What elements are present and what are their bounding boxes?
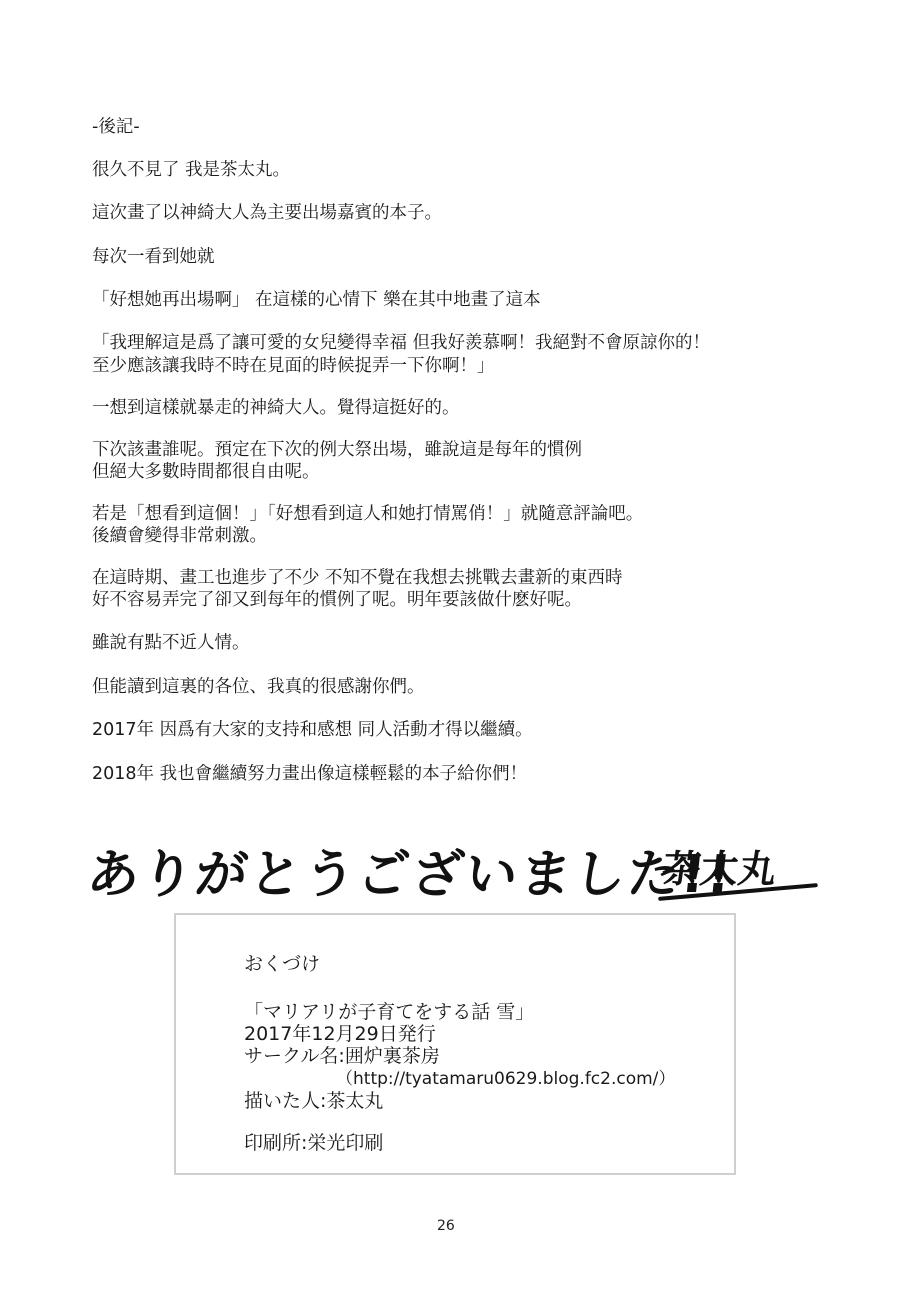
afterword-line: 這次畫了以神綺大人為主要出場嘉賓的本子。 [92, 202, 442, 224]
afterword-line: 後續會變得非常刺激。 [92, 525, 267, 547]
handwritten-thanks: ありがとうございました!! 茶太丸 [88, 828, 828, 908]
colophon-printer: 印刷所:栄光印刷 [244, 1132, 383, 1154]
afterword-title: -後記- [92, 116, 140, 138]
author-signature: 茶太丸 [659, 838, 781, 893]
afterword-line: 雖說有點不近人情。 [92, 632, 250, 654]
afterword-line: 「我理解這是爲了讓可愛的女兒變得幸福 但我好羨慕啊！我絕對不會原諒你的！ [92, 332, 710, 354]
colophon-url: （http://tyatamaru0629.blog.fc2.com/） [336, 1068, 675, 1090]
afterword-line: 但絕大多數時間都很自由呢。 [92, 461, 320, 483]
afterword-line: 在這時期、畫工也進步了不少 不知不覺在我想去挑戰去畫新的東西時 [92, 567, 623, 589]
afterword-line: 好不容易弄完了卻又到每年的慣例了呢。明年要該做什麽好呢。 [92, 589, 582, 611]
colophon-title: 「マリアリが子育てをする話 雪」 [244, 1001, 534, 1023]
afterword-line: 至少應該讓我時不時在見面的時候捉弄一下你啊！」 [92, 355, 495, 377]
afterword-line: 很久不見了 我是茶太丸。 [92, 159, 290, 181]
afterword-line: 若是「想看到這個！」「好想看到這人和她打情罵俏！」就隨意評論吧。 [92, 503, 643, 525]
afterword-line: 2017年 因爲有大家的支持和感想 同人活動才得以繼續。 [92, 719, 533, 741]
colophon-artist: 描いた人:茶太丸 [244, 1090, 383, 1112]
thanks-message: ありがとうございました!! [84, 832, 737, 907]
afterword-line: 2018年 我也會繼續努力畫出像這樣輕鬆的本子給你們！ [92, 763, 527, 785]
colophon-circle: サークル名:囲炉裏茶房 [244, 1045, 440, 1067]
afterword-line: 每次一看到她就 [92, 246, 215, 268]
afterword-line: 一想到這樣就暴走的神綺大人。覺得這挺好的。 [92, 397, 460, 419]
afterword-line: 下次該畫誰呢。預定在下次的例大祭出場，雖說這是每年的慣例 [92, 439, 582, 461]
afterword-line: 「好想她再出場啊」 在這樣的心情下 樂在其中地畫了這本 [92, 289, 541, 311]
page-number: 26 [437, 1218, 455, 1234]
colophon-heading: おくづけ [244, 953, 320, 975]
colophon-box: おくづけ 「マリアリが子育てをする話 雪」 2017年12月29日発行 サークル… [174, 913, 736, 1175]
afterword-line: 但能讀到這裏的各位、我真的很感謝你們。 [92, 676, 425, 698]
colophon-date: 2017年12月29日発行 [244, 1023, 436, 1045]
